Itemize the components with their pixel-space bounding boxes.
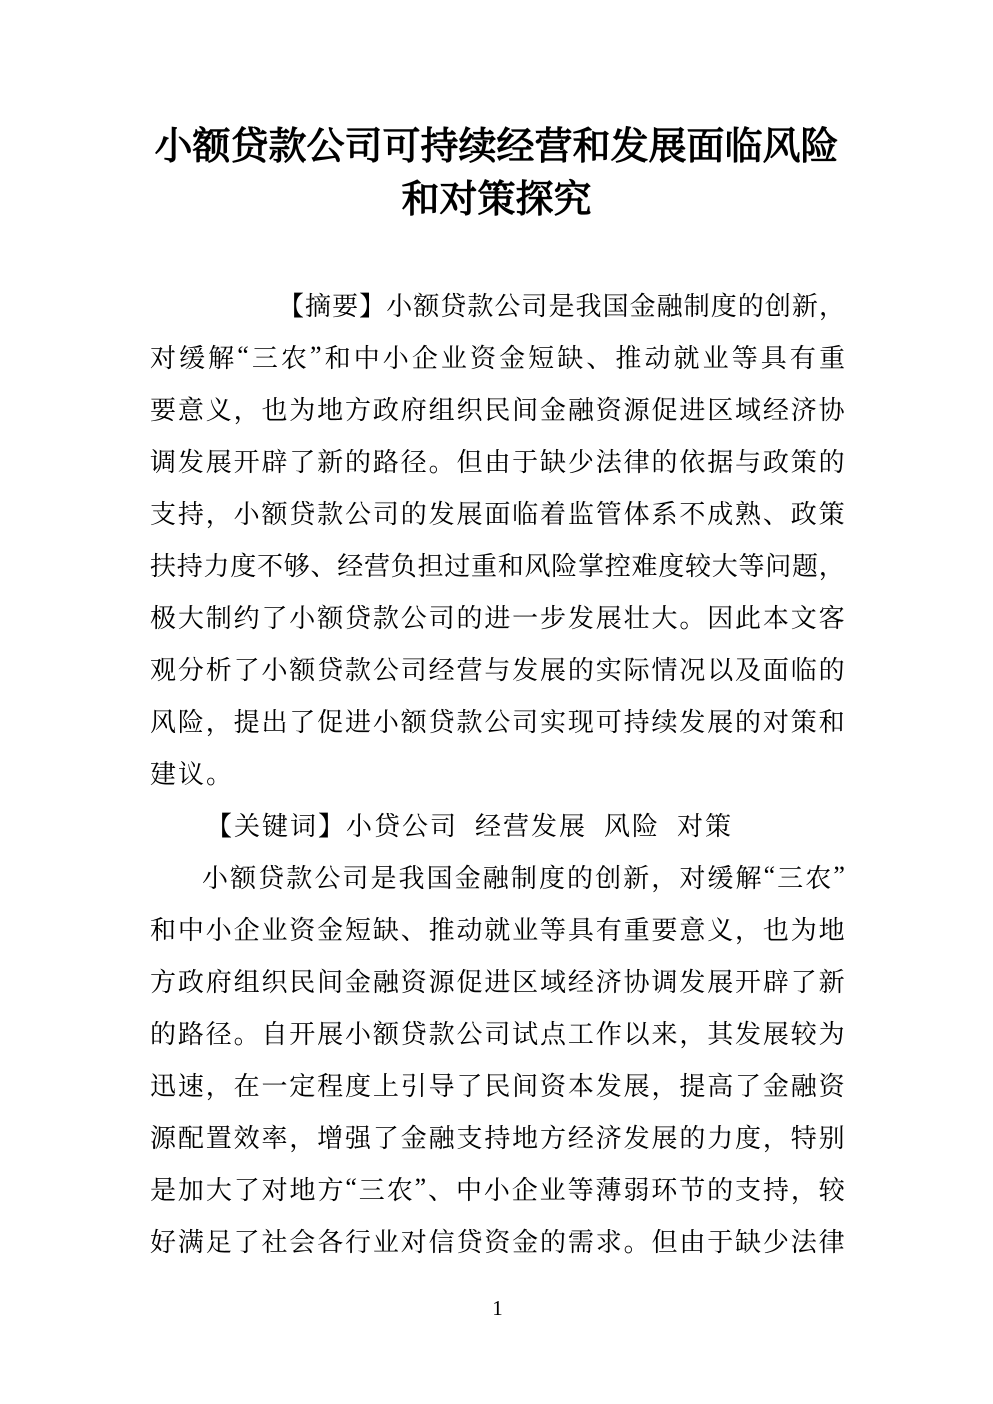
text-line-abstract-9: 风险，提出了促进小额贷款公司实现可持续发展的对策和 xyxy=(150,694,845,746)
text-line-paragraph-1-3: 方政府组织民间金融资源促进区域经济协调发展开辟了新 xyxy=(150,954,845,1006)
text-line-keywords-1: 【关键词】小贷公司 经营发展 风险 对策 xyxy=(150,798,845,850)
text-line-abstract-4: 调发展开辟了新的路径。但由于缺少法律的依据与政策的 xyxy=(150,434,845,486)
text-line-abstract-7: 极大制约了小额贷款公司的进一步发展壮大。因此本文客 xyxy=(150,590,845,642)
page-number: 1 xyxy=(150,1296,845,1320)
text-line-paragraph-1-7: 是加大了对地方“三农”、中小企业等薄弱环节的支持，较 xyxy=(150,1162,845,1214)
text-line-abstract-10: 建议。 xyxy=(150,746,845,798)
text-line-paragraph-1-6: 源配置效率，增强了金融支持地方经济发展的力度，特别 xyxy=(150,1110,845,1162)
text-line-paragraph-1-8: 好满足了社会各行业对信贷资金的需求。但由于缺少法律 xyxy=(150,1214,845,1266)
text-line-abstract-5: 支持，小额贷款公司的发展面临着监管体系不成熟、政策 xyxy=(150,486,845,538)
text-line-paragraph-1-1: 小额贷款公司是我国金融制度的创新，对缓解“三农” xyxy=(150,850,845,902)
text-line-abstract-3: 要意义，也为地方政府组织民间金融资源促进区域经济协 xyxy=(150,382,845,434)
text-line-abstract-2: 对缓解“三农”和中小企业资金短缺、推动就业等具有重 xyxy=(150,330,845,382)
text-line-abstract-6: 扶持力度不够、经营负担过重和风险掌控难度较大等问题， xyxy=(150,538,845,590)
title-line-1: 小额贷款公司可持续经营和发展面临风险 xyxy=(0,121,993,174)
text-line-paragraph-1-4: 的路径。自开展小额贷款公司试点工作以来，其发展较为 xyxy=(150,1006,845,1058)
text-line-abstract-8: 观分析了小额贷款公司经营与发展的实际情况以及面临的 xyxy=(150,642,845,694)
document-title: 小额贷款公司可持续经营和发展面临风险 和对策探究 xyxy=(0,0,993,227)
text-line-paragraph-1-5: 迅速，在一定程度上引导了民间资本发展，提高了金融资 xyxy=(150,1058,845,1110)
text-line-paragraph-1-2: 和中小企业资金短缺、推动就业等具有重要意义，也为地 xyxy=(150,902,845,954)
title-line-2: 和对策探究 xyxy=(0,174,993,227)
text-line-abstract-1: 【摘要】小额贷款公司是我国金融制度的创新， xyxy=(150,278,845,330)
document-body: 【摘要】小额贷款公司是我国金融制度的创新，对缓解“三农”和中小企业资金短缺、推动… xyxy=(150,278,845,1266)
document-page: 小额贷款公司可持续经营和发展面临风险 和对策探究 【摘要】小额贷款公司是我国金融… xyxy=(0,0,993,1404)
